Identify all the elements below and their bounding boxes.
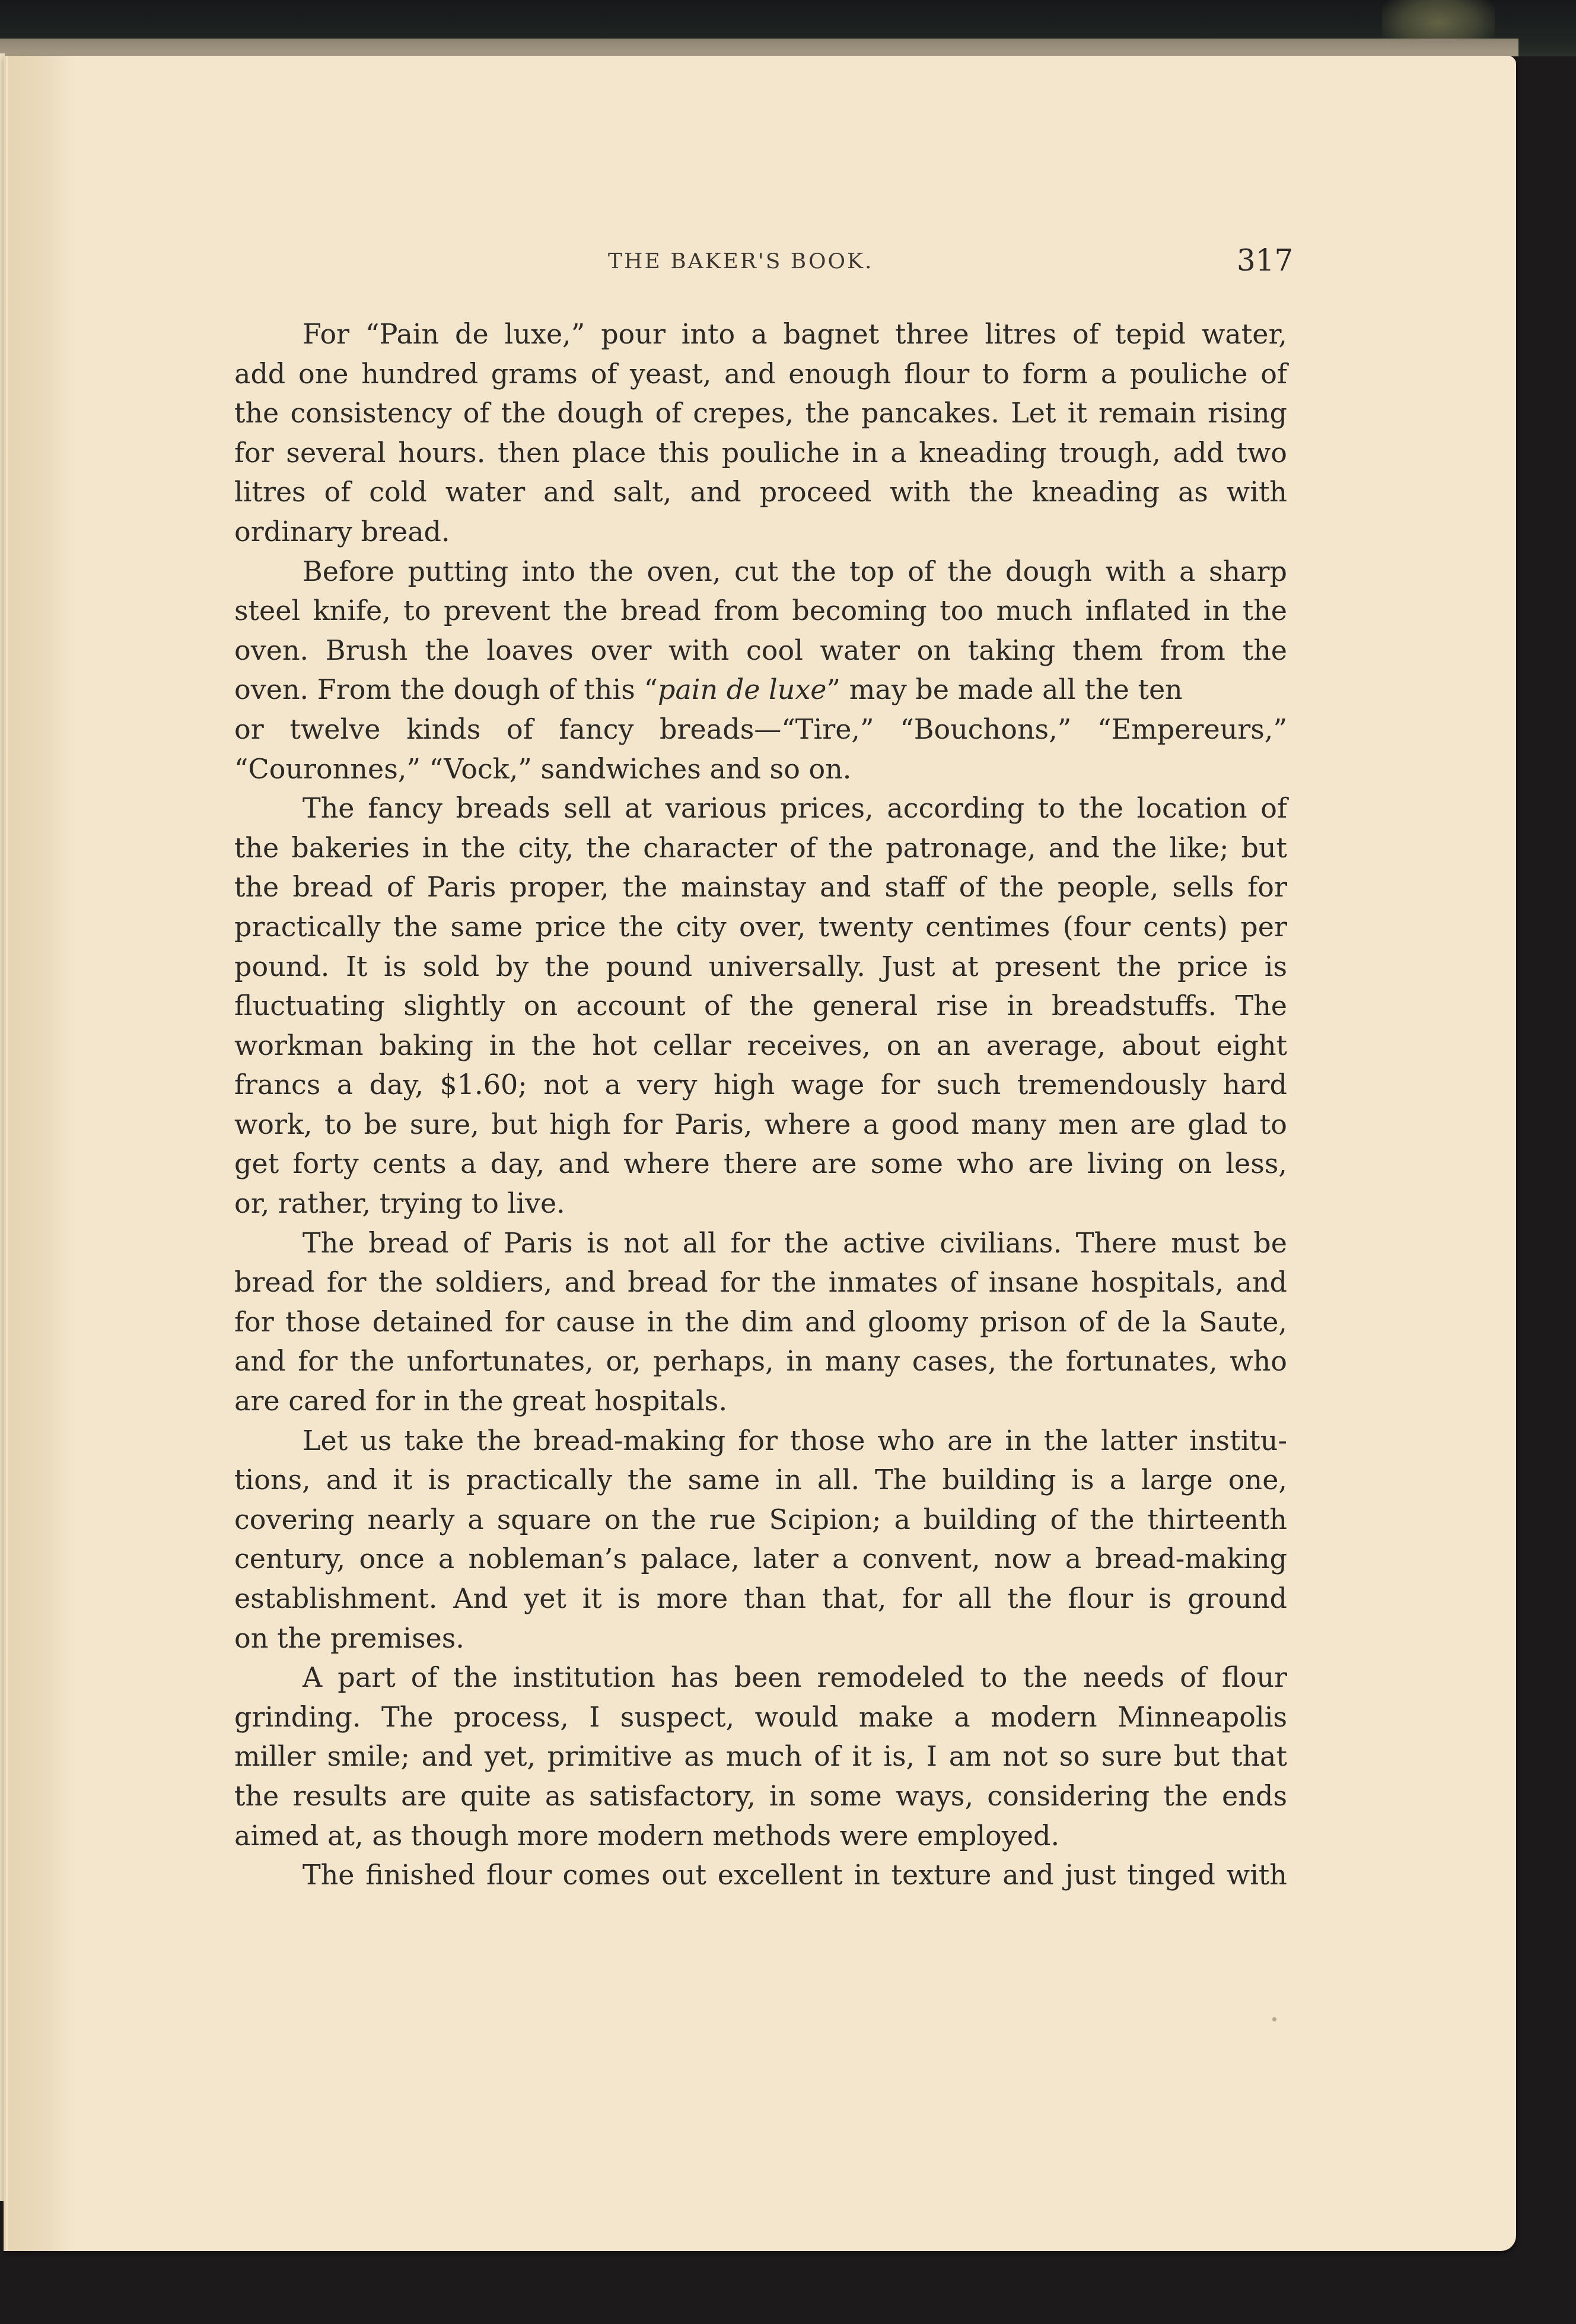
text-line: work, to be sure, but high for Paris, wh… <box>234 1105 1287 1144</box>
text-line: are cared for in the great hospitals. <box>234 1381 1287 1421</box>
text-line: century, once a nobleman’s palace, later… <box>234 1539 1287 1579</box>
italic-phrase: pain de luxe <box>658 673 827 705</box>
text-line: oven. Brush the loaves over with cool wa… <box>234 631 1287 670</box>
text-line: A part of the institution has been remod… <box>234 1658 1287 1697</box>
text-line: The fancy breads sell at various prices,… <box>234 789 1287 828</box>
text-line: get forty cents a day, and where there a… <box>234 1144 1287 1184</box>
text-line: Before putting into the oven, cut the to… <box>234 552 1287 592</box>
paragraph: Let us take the bread-making for those w… <box>234 1421 1287 1658</box>
text-line: bread for the soldiers, and bread for th… <box>234 1263 1287 1302</box>
text-run: ” may be made all the ten <box>827 673 1183 705</box>
paragraph: A part of the institution has been remod… <box>234 1658 1287 1855</box>
paragraph: The bread of Paris is not all for the ac… <box>234 1223 1287 1421</box>
text-line: pound. It is sold by the pound universal… <box>234 947 1287 987</box>
text-line: aimed at, as though more modern methods … <box>234 1816 1287 1856</box>
page-number: 317 <box>1237 243 1293 278</box>
text-line: the bread of Paris proper, the mainstay … <box>234 867 1287 907</box>
text-line: the consistency of the dough of crepes, … <box>234 393 1287 433</box>
text-line: ordinary bread. <box>234 512 1287 552</box>
text-line: add one hundred grams of yeast, and enou… <box>234 354 1287 394</box>
text-line: “Couronnes,” “Vock,” sandwiches and so o… <box>234 749 1287 789</box>
text-line: For “Pain de luxe,” pour into a bagnet t… <box>234 314 1287 354</box>
running-head: THE BAKER'S BOOK. <box>608 249 873 274</box>
paragraph: The fancy breads sell at various prices,… <box>234 789 1287 1223</box>
paragraph: For “Pain de luxe,” pour into a bagnet t… <box>234 314 1287 552</box>
text-line: and for the unfortunates, or, perhaps, i… <box>234 1341 1287 1381</box>
text-line: Let us take the bread-making for those w… <box>234 1421 1287 1461</box>
text-line: fluctuating slightly on account of the g… <box>234 986 1287 1026</box>
gutter-shadow <box>4 56 75 2251</box>
text-line: the bakeries in the city, the character … <box>234 828 1287 868</box>
text-line: miller smile; and yet, primitive as much… <box>234 1737 1287 1776</box>
text-line: litres of cold water and salt, and proce… <box>234 472 1287 512</box>
text-line: steel knife, to prevent the bread from b… <box>234 591 1287 631</box>
text-line: or, rather, trying to live. <box>234 1184 1287 1223</box>
text-line: on the premises. <box>234 1619 1287 1658</box>
text-line: grinding. The process, I suspect, would … <box>234 1697 1287 1737</box>
text-line: the results are quite as satisfactory, i… <box>234 1776 1287 1816</box>
page-stack-top-edge <box>0 39 1518 56</box>
text-line: covering nearly a square on the rue Scip… <box>234 1500 1287 1540</box>
text-line: practically the same price the city over… <box>234 907 1287 947</box>
text-line: workman baking in the hot cellar receive… <box>234 1026 1287 1066</box>
text-line: tions, and it is practically the same in… <box>234 1460 1287 1500</box>
text-line: francs a day, $1.60; not a very high wag… <box>234 1065 1287 1105</box>
text-line-with-italic: oven. From the dough of this “pain de lu… <box>234 670 1287 710</box>
paper-speck <box>1272 2017 1276 2021</box>
text-run: oven. From the dough of this “ <box>234 673 658 705</box>
text-line: establishment. And yet it is more than t… <box>234 1579 1287 1619</box>
paragraph: The finished flour comes out excellent i… <box>234 1855 1287 1895</box>
text-line: The bread of Paris is not all for the ac… <box>234 1223 1287 1263</box>
paragraph: Before putting into the oven, cut the to… <box>234 552 1287 789</box>
body-text: For “Pain de luxe,” pour into a bagnet t… <box>234 314 1287 1895</box>
text-line: for those detained for cause in the dim … <box>234 1302 1287 1342</box>
text-line: for several hours. then place this pouli… <box>234 433 1287 473</box>
text-line: or twelve kinds of fancy breads—“Tire,” … <box>234 710 1287 749</box>
text-line: The finished flour comes out excellent i… <box>234 1855 1287 1895</box>
gutter-fold <box>6 56 8 2251</box>
